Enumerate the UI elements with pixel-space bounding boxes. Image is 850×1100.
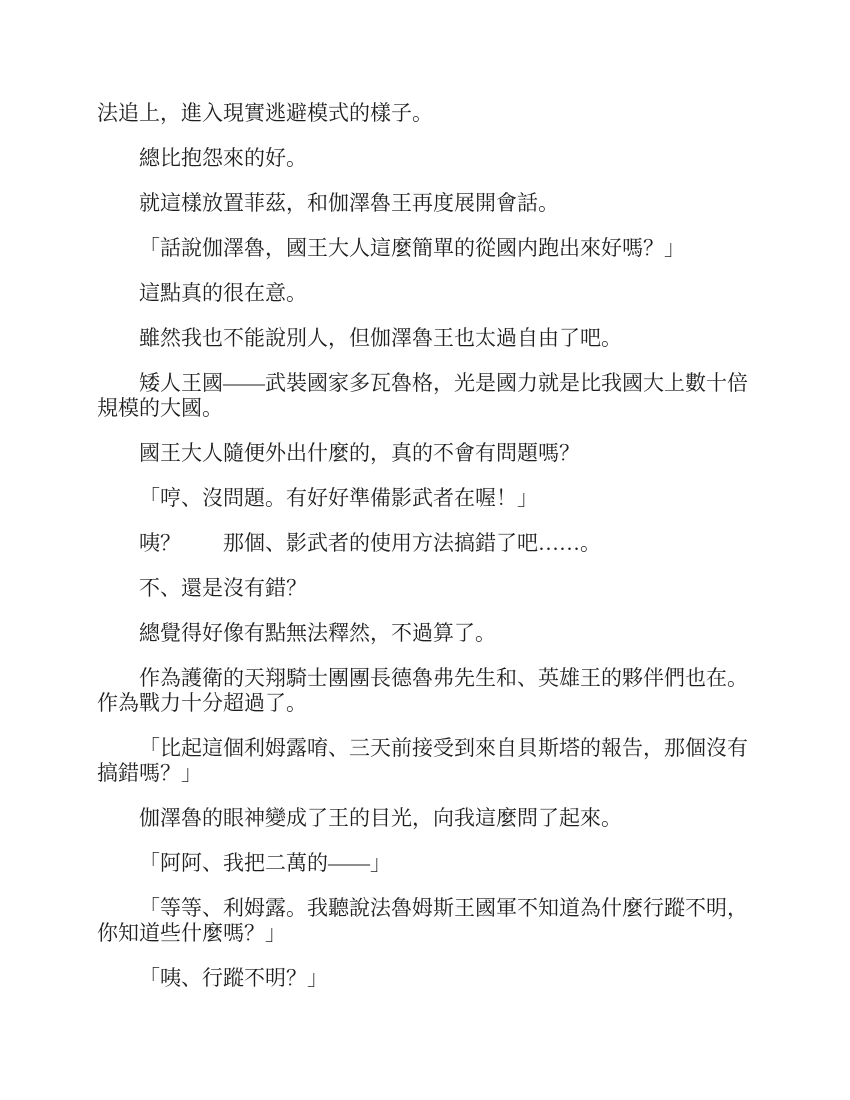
paragraph: 不、還是沒有錯？ xyxy=(97,576,757,601)
text-line: 「等等、利姆露。我聽說法魯姆斯王國軍不知道為什麼行蹤不明， xyxy=(97,896,757,921)
text-line: 規模的大國。 xyxy=(97,396,757,421)
text-line: 國王大人隨便外出什麼的，真的不會有問題嗎？ xyxy=(97,441,757,466)
paragraph: 矮人王國——武裝國家多瓦魯格，光是國力就是比我國大上數十倍 規模的大國。 xyxy=(97,371,757,421)
text-line: 作為戰力十分超過了。 xyxy=(97,691,757,716)
text-line: 「哼、沒問題。有好好準備影武者在喔！」 xyxy=(97,486,757,511)
text-line: 就這樣放置菲茲，和伽澤魯王再度展開會話。 xyxy=(97,191,757,216)
text-line: 不、還是沒有錯？ xyxy=(97,576,757,601)
paragraph: 「話說伽澤魯，國王大人這麼簡單的從國内跑出來好嗎？」 xyxy=(97,236,757,261)
text-line: 矮人王國——武裝國家多瓦魯格，光是國力就是比我國大上數十倍 xyxy=(97,371,757,396)
paragraph: 「哼、沒問題。有好好準備影武者在喔！」 xyxy=(97,486,757,511)
paragraph: 「等等、利姆露。我聽說法魯姆斯王國軍不知道為什麼行蹤不明， 你知道些什麼嗎？」 xyxy=(97,896,757,946)
text-line: 雖然我也不能說別人，但伽澤魯王也太過自由了吧。 xyxy=(97,326,757,351)
text-line: 總覺得好像有點無法釋然，不過算了。 xyxy=(97,621,757,646)
paragraph: 雖然我也不能說別人，但伽澤魯王也太過自由了吧。 xyxy=(97,326,757,351)
text-line: 「阿阿、我把二萬的——」 xyxy=(97,851,757,876)
text-line: 你知道些什麼嗎？」 xyxy=(97,921,757,946)
text-line: 這點真的很在意。 xyxy=(97,281,757,306)
novel-page-text: 法追上，進入現實逃避模式的樣子。 總比抱怨來的好。 就這樣放置菲茲，和伽澤魯王再… xyxy=(97,101,757,1011)
paragraph: 作為護衛的天翔騎士團團長德魯弗先生和、英雄王的夥伴們也在。 作為戰力十分超過了。 xyxy=(97,666,757,716)
paragraph: 「比起這個利姆露唷、三天前接受到來自貝斯塔的報告，那個沒有 搞錯嗎？」 xyxy=(97,736,757,786)
paragraph: 法追上，進入現實逃避模式的樣子。 xyxy=(97,101,757,126)
paragraph: 伽澤魯的眼神變成了王的目光，向我這麼問了起來。 xyxy=(97,806,757,831)
paragraph: 國王大人隨便外出什麼的，真的不會有問題嗎？ xyxy=(97,441,757,466)
paragraph: 總覺得好像有點無法釋然，不過算了。 xyxy=(97,621,757,646)
text-line: 作為護衛的天翔騎士團團長德魯弗先生和、英雄王的夥伴們也在。 xyxy=(97,666,757,691)
paragraph: 咦？ 那個、影武者的使用方法搞錯了吧……。 xyxy=(97,531,757,556)
text-line: 咦？ 那個、影武者的使用方法搞錯了吧……。 xyxy=(97,531,757,556)
text-line: 「話說伽澤魯，國王大人這麼簡單的從國内跑出來好嗎？」 xyxy=(97,236,757,261)
text-line: 伽澤魯的眼神變成了王的目光，向我這麼問了起來。 xyxy=(97,806,757,831)
paragraph: 這點真的很在意。 xyxy=(97,281,757,306)
paragraph: 總比抱怨來的好。 xyxy=(97,146,757,171)
text-line: 「比起這個利姆露唷、三天前接受到來自貝斯塔的報告，那個沒有 xyxy=(97,736,757,761)
text-line: 總比抱怨來的好。 xyxy=(97,146,757,171)
paragraph: 「阿阿、我把二萬的——」 xyxy=(97,851,757,876)
paragraph: 「咦、行蹤不明？」 xyxy=(97,966,757,991)
text-line: 「咦、行蹤不明？」 xyxy=(97,966,757,991)
text-line: 搞錯嗎？」 xyxy=(97,761,757,786)
paragraph: 就這樣放置菲茲，和伽澤魯王再度展開會話。 xyxy=(97,191,757,216)
text-line: 法追上，進入現實逃避模式的樣子。 xyxy=(97,101,757,126)
